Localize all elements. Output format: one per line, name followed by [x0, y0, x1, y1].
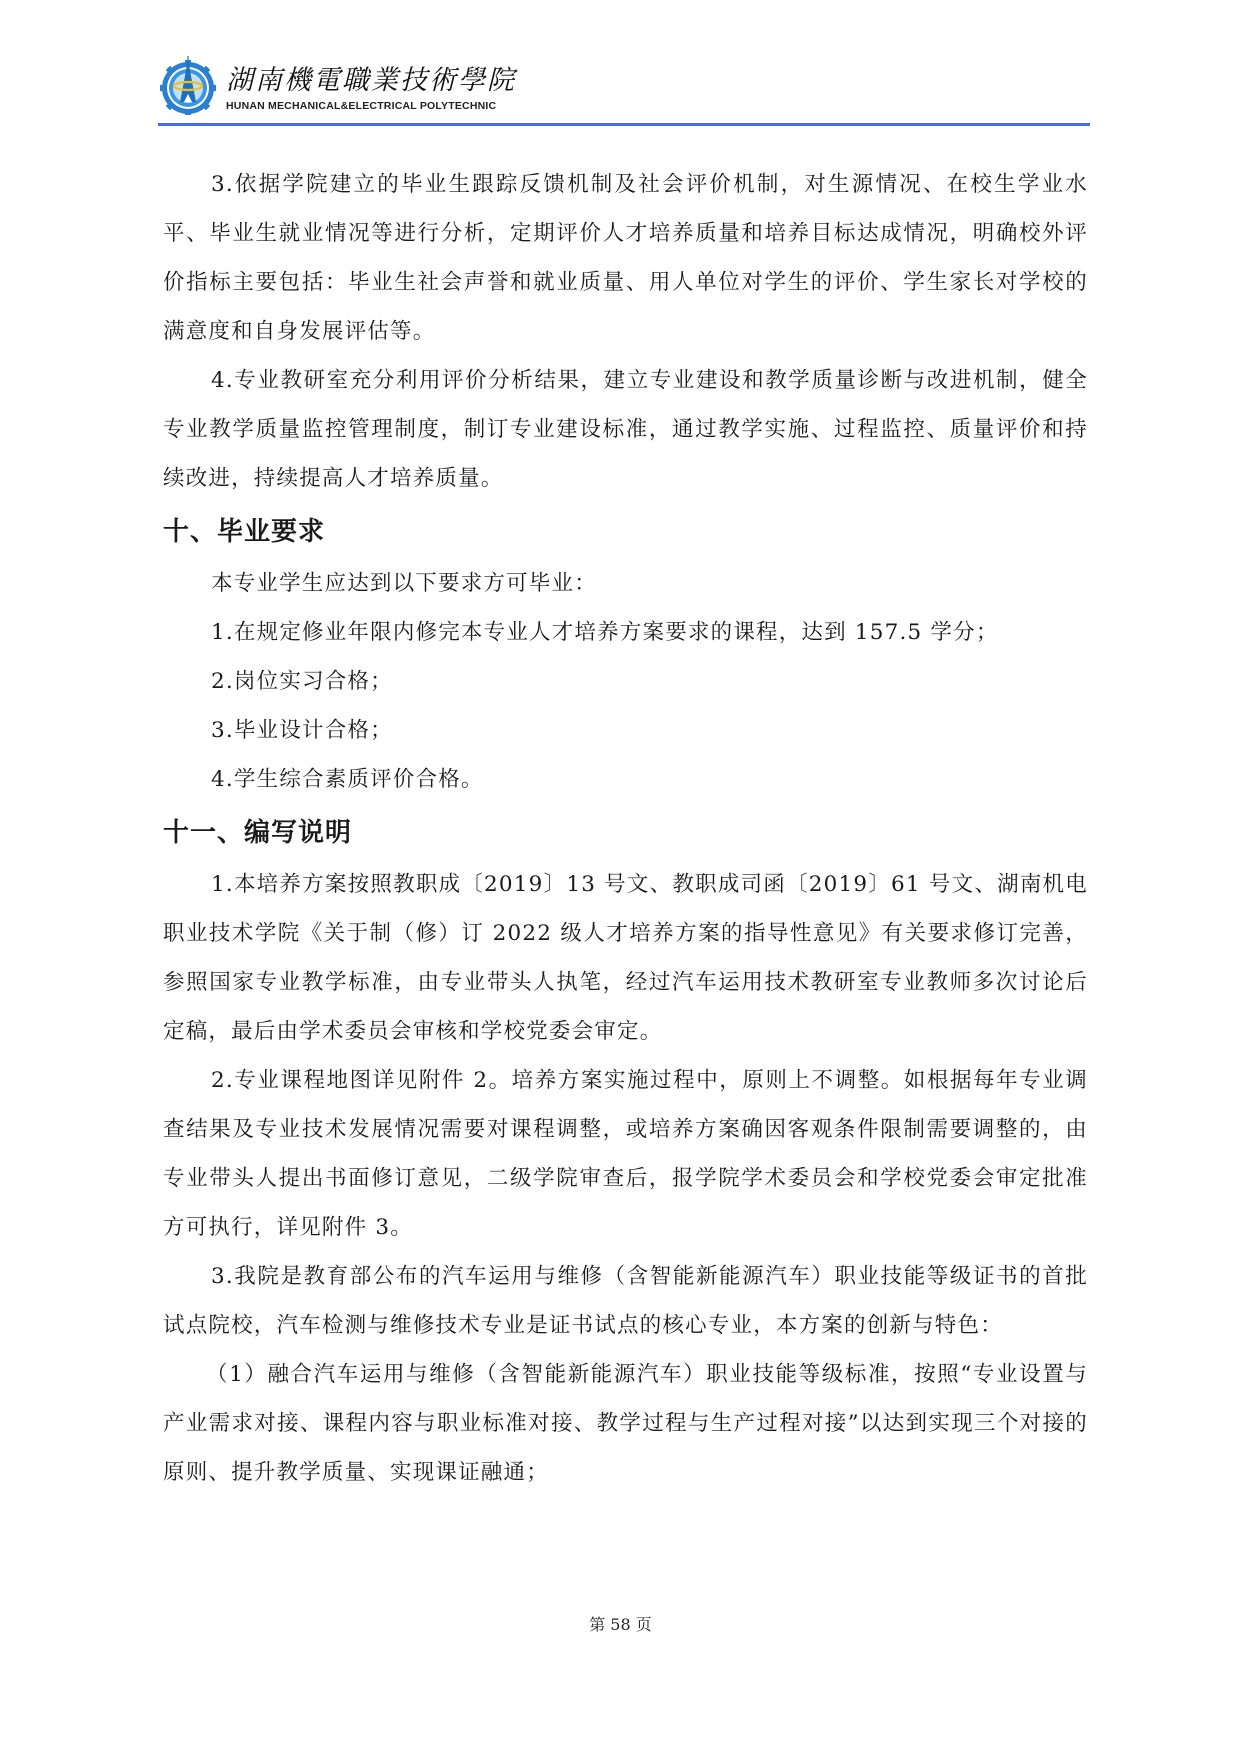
- requirement-item: 2.岗位实习合格；: [163, 657, 1088, 706]
- paragraph-evaluation-4: 4.专业教研室充分利用评价分析结果，建立专业建设和教学质量诊断与改进机制，健全专…: [163, 356, 1088, 503]
- page-number: 第 58 页: [0, 1612, 1241, 1635]
- page-header: 湖南機電職業技術學院 HUNAN MECHANICAL&ELECTRICAL P…: [158, 52, 1088, 122]
- notes-paragraph: 2.专业课程地图详见附件 2。培养方案实施过程中，原则上不调整。如根据每年专业调…: [163, 1056, 1088, 1252]
- school-emblem-icon: [158, 56, 218, 116]
- graduation-intro: 本专业学生应达到以下要求方可毕业：: [163, 559, 1088, 608]
- requirement-item: 1.在规定修业年限内修完本专业人才培养方案要求的课程，达到 157.5 学分；: [163, 608, 1088, 657]
- requirement-item: 4.学生综合素质评价合格。: [163, 755, 1088, 804]
- notes-paragraph: 3.我院是教育部公布的汽车运用与维修（含智能新能源汽车）职业技能等级证书的首批试…: [163, 1252, 1088, 1350]
- paragraph-evaluation-3: 3.依据学院建立的毕业生跟踪反馈机制及社会评价机制，对生源情况、在校生学业水平、…: [163, 160, 1088, 356]
- school-name-chinese: 湖南機電職業技術學院: [226, 66, 516, 96]
- document-body: 3.依据学院建立的毕业生跟踪反馈机制及社会评价机制，对生源情况、在校生学业水平、…: [163, 160, 1088, 1497]
- school-name-english: HUNAN MECHANICAL&ELECTRICAL POLYTECHNIC: [226, 100, 496, 112]
- section-heading-graduation-requirements: 十、毕业要求: [163, 517, 1088, 547]
- document-page: 湖南機電職業技術學院 HUNAN MECHANICAL&ELECTRICAL P…: [0, 0, 1241, 1754]
- section-heading-compilation-notes: 十一、编写说明: [163, 818, 1088, 848]
- notes-paragraph: 1.本培养方案按照教职成〔2019〕13 号文、教职成司函〔2019〕61 号文…: [163, 860, 1088, 1056]
- header-divider: [158, 123, 1090, 126]
- notes-sub-paragraph: （1）融合汽车运用与维修（含智能新能源汽车）职业技能等级标准，按照“专业设置与产…: [163, 1350, 1088, 1497]
- requirement-item: 3.毕业设计合格；: [163, 706, 1088, 755]
